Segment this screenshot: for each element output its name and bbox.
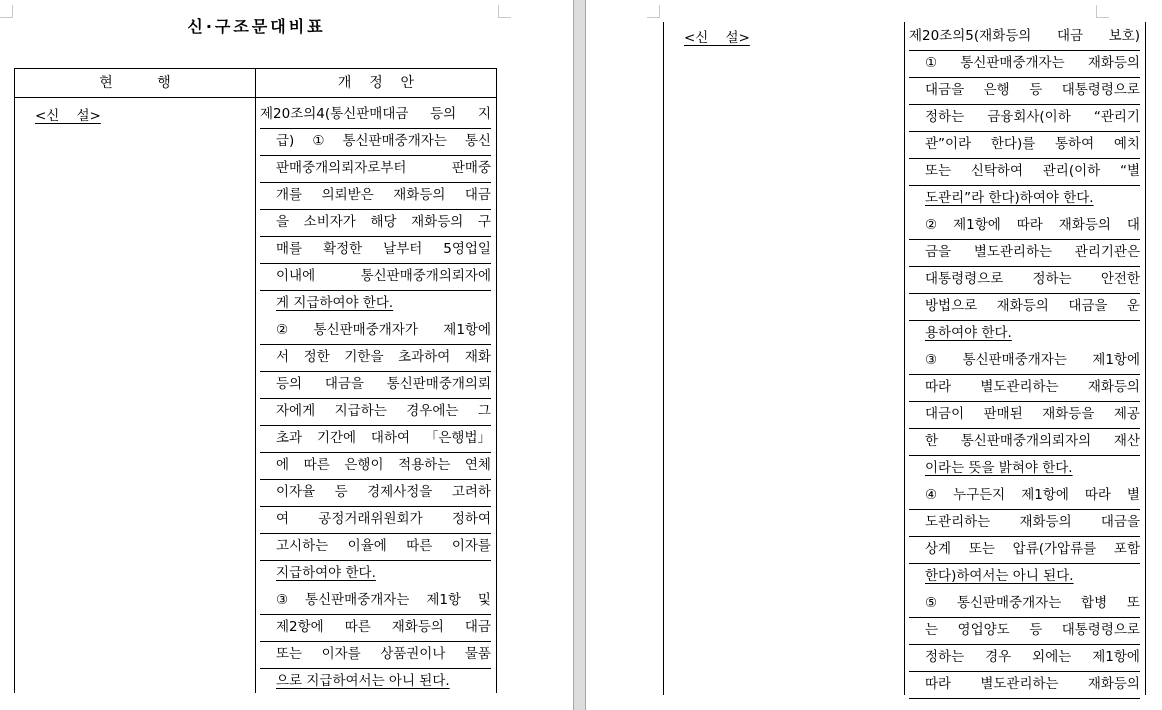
text-line: 을소비자가해당재화등의구: [260, 210, 491, 237]
table-border-right: [1145, 22, 1146, 695]
table-column-divider: [904, 22, 905, 695]
text-line: 금을별도관리하는관리기관은: [909, 240, 1140, 267]
header-proposed: 개 정 안: [256, 69, 496, 97]
text-line: 고시하는이율에따른이자를: [260, 534, 491, 561]
text-line: ④누구든지제1항에따라별: [909, 483, 1140, 510]
text-line: 이자율등경제사정을고려하: [260, 480, 491, 507]
table-border-left: [663, 22, 664, 695]
text-line: 정하는금융회사(이하“관리기: [909, 105, 1140, 132]
text-line: 개를의뢰받은재화등의대금: [260, 183, 491, 210]
text-line: 용하여야 한다.: [909, 321, 1140, 348]
text-line: 이라는 뜻을 밝혀야 한다.: [909, 456, 1140, 483]
text-line: ③통신판매중개자는제1항및: [260, 588, 491, 615]
proposed-article-20-4: 제20조의4(통신판매대금등의지급)①통신판매중개자는통신판매중개의뢰자로부터판…: [260, 102, 491, 696]
text-line: 도관리”라 한다)하여야 한다.: [909, 186, 1140, 213]
text-line: 제20조의4(통신판매대금등의지: [260, 102, 491, 129]
text-line: 는영업양도등대통령령으로: [909, 618, 1140, 645]
page-gap: [573, 0, 586, 710]
text-line: 급)①통신판매중개자는통신: [260, 129, 491, 156]
table-border-right: [496, 68, 497, 693]
text-line: 한통신판매중개의뢰자의재산: [909, 429, 1140, 456]
text-line: 등의대금을통신판매중개의뢰: [260, 372, 491, 399]
text-line: 방법으로재화등의대금을운: [909, 294, 1140, 321]
text-line: 지급하여야 한다.: [260, 561, 491, 588]
text-line: 제2항에따른재화등의대금: [260, 615, 491, 642]
document-page-2: <신 설> 제20조의5(재화등의대금보호)①통신판매중개자는재화등의대금을은행…: [586, 0, 1162, 710]
text-line: 대금을은행등대통령령으로: [909, 78, 1140, 105]
document-page-1: 신·구조문대비표 현 행 개 정 안 <신 설> 제20조의4(통신판매대금등의…: [0, 0, 573, 710]
text-line: 초과기간에대하여「은행법」: [260, 426, 491, 453]
text-line: 판매중개의뢰자로부터판매중: [260, 156, 491, 183]
text-line: 따라별도관리하는재화등의: [909, 375, 1140, 402]
text-line: 또는이자를상품권이나물품: [260, 642, 491, 669]
text-line: 또는신탁하여관리(이하“별: [909, 159, 1140, 186]
text-line: 에따른은행이적용하는연체: [260, 453, 491, 480]
page-corner-mark: [1096, 5, 1109, 18]
text-line: 으로 지급하여서는 아니 된다.: [260, 669, 491, 696]
text-line: 이내에통신판매중개의뢰자에: [260, 264, 491, 291]
text-line: 대통령령으로정하는안전한: [909, 267, 1140, 294]
text-line: ③통신판매중개자는제1항에: [909, 348, 1140, 375]
text-line: 게 지급하여야 한다.: [260, 291, 491, 318]
text-line: 제20조의5(재화등의대금보호): [909, 24, 1140, 51]
text-line: ②통신판매중개자가제1항에: [260, 318, 491, 345]
text-line: 대금이판매된재화등을제공: [909, 402, 1140, 429]
current-new-provision-label: <신 설>: [684, 26, 750, 46]
document-title: 신·구조문대비표: [0, 14, 513, 37]
text-line: 도관리하는재화등의대금을: [909, 510, 1140, 537]
page-corner-mark: [647, 5, 660, 18]
text-line: ①통신판매중개자는재화등의: [909, 51, 1140, 78]
text-line: 자에게지급하는경우에는그: [260, 399, 491, 426]
table-column-divider: [255, 68, 256, 693]
text-line: 매를확정한날부터5영업일: [260, 237, 491, 264]
text-line: 관”이라한다)를통하여예치: [909, 132, 1140, 159]
text-line: 한다)하여서는 아니 된다.: [909, 564, 1140, 591]
text-line: 정하는경우외에는제1항에: [909, 645, 1140, 672]
text-line: 여공정거래위원회가정하여: [260, 507, 491, 534]
proposed-article-20-5: 제20조의5(재화등의대금보호)①통신판매중개자는재화등의대금을은행등대통령령으…: [909, 24, 1140, 699]
header-current: 현 행: [15, 69, 255, 97]
text-line: 따라별도관리하는재화등의: [909, 672, 1140, 699]
text-line: 상계또는압류(가압류를포함: [909, 537, 1140, 564]
text-line: ⑤통신판매중개자는합병또: [909, 591, 1140, 618]
current-new-provision-label: <신 설>: [35, 104, 101, 124]
table-border-left: [14, 68, 15, 693]
text-line: 서정한기한을초과하여재화: [260, 345, 491, 372]
text-line: ②제1항에따라재화등의대: [909, 213, 1140, 240]
